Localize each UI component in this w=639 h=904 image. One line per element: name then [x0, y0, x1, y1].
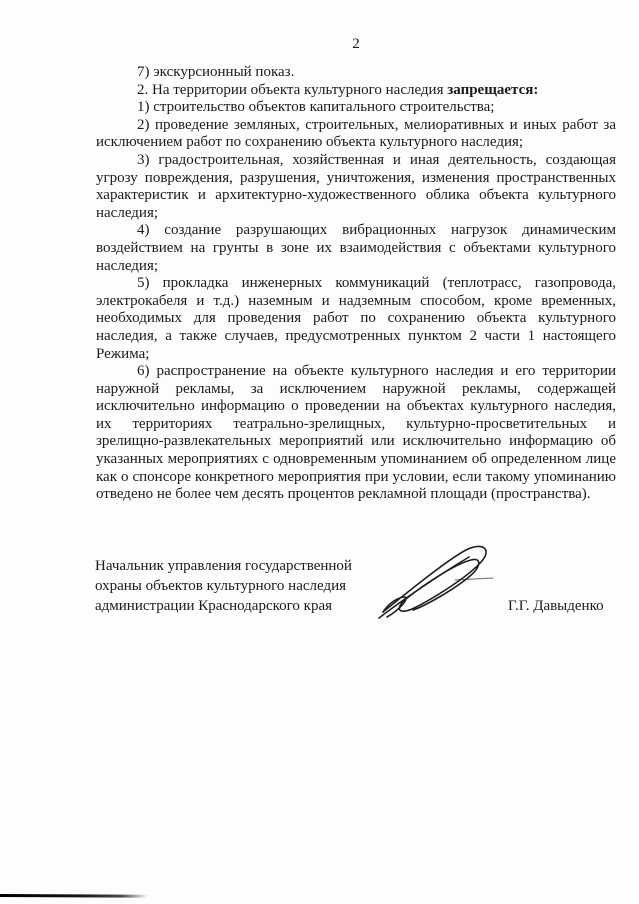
document-body: 7) экскурсионный показ. 2. На территории… — [96, 64, 616, 504]
document-paragraph: 2) проведение земляных, строительных, ме… — [96, 117, 616, 152]
document-paragraph: 5) прокладка инженерных коммуникаций (те… — [96, 275, 616, 363]
document-paragraph: 6) распространение на объекте культурног… — [96, 363, 616, 504]
scan-artifact-line — [0, 894, 148, 898]
document-paragraph: 3) градостроительная, хозяйственная и ин… — [96, 152, 616, 222]
document-paragraph: 1) строительство объектов капитального с… — [96, 99, 616, 117]
document-paragraph: 2. На территории объекта культурного нас… — [96, 82, 616, 100]
paragraph-bold-text: запрещается: — [447, 82, 538, 98]
handwritten-signature-icon — [371, 533, 498, 623]
page-number: 2 — [96, 36, 616, 53]
signer-title-line: администрации Краснодарского края — [95, 596, 352, 616]
scanned-document-page: 2 7) экскурсионный показ. 2. На территор… — [0, 0, 639, 904]
signer-title: Начальник управления государственной охр… — [95, 556, 352, 616]
paragraph-text: 2. На территории объекта культурного нас… — [137, 82, 447, 98]
document-paragraph: 7) экскурсионный показ. — [96, 64, 616, 82]
document-paragraph: 4) создание разрушающих вибрационных наг… — [96, 222, 616, 275]
signer-name: Г.Г. Давыденко — [508, 598, 604, 615]
signer-title-line: Начальник управления государственной — [95, 556, 352, 576]
signer-title-line: охраны объектов культурного наследия — [95, 576, 352, 596]
